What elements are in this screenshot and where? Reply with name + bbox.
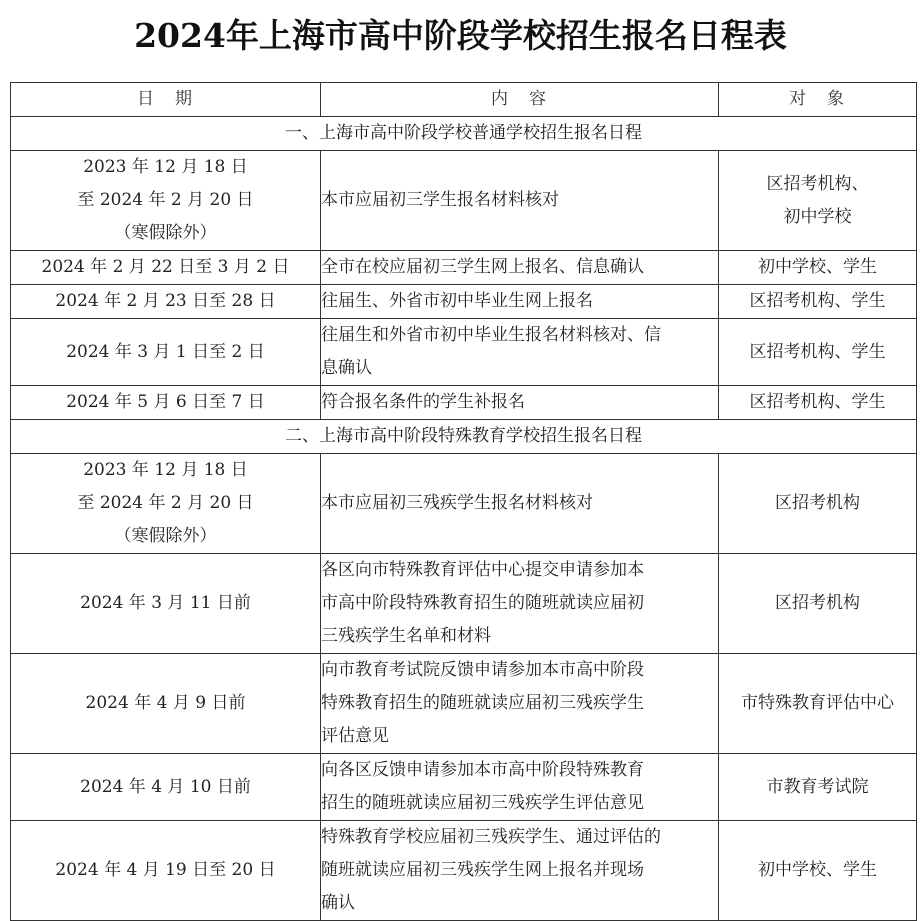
content-line: 确认 <box>321 887 718 920</box>
content-cell: 向各区反馈申请参加本市高中阶段特殊教育 招生的随班就读应届初三残疾学生评估意见 <box>321 754 719 821</box>
table-header-row: 日 期 内 容 对 象 <box>11 83 917 117</box>
date-cell: 2024 年 3 月 11 日前 <box>11 554 321 654</box>
date-line: 2024 年 2 月 23 日至 28 日 <box>11 285 320 318</box>
content-cell: 向市教育考试院反馈申请参加本市高中阶段 特殊教育招生的随班就读应届初三残疾学生 … <box>321 654 719 754</box>
table-row: 2024 年 3 月 11 日前 各区向市特殊教育评估中心提交申请参加本 市高中… <box>11 554 917 654</box>
document-title: 2024年上海市高中阶段学校招生报名日程表 <box>0 14 921 58</box>
date-line: 2023 年 12 月 18 日 <box>11 454 320 487</box>
target-cell: 区招考机构、学生 <box>719 386 917 420</box>
date-line: 2024 年 4 月 19 日至 20 日 <box>11 854 320 887</box>
target-line: 市特殊教育评估中心 <box>719 687 916 720</box>
content-line: 往届生和外省市初中毕业生报名材料核对、信 <box>321 319 718 352</box>
target-line: 区招考机构、 <box>719 168 916 201</box>
table-row: 2023 年 12 月 18 日 至 2024 年 2 月 20 日 （寒假除外… <box>11 151 917 251</box>
content-cell: 往届生、外省市初中毕业生网上报名 <box>321 285 719 319</box>
content-cell: 各区向市特殊教育评估中心提交申请参加本 市高中阶段特殊教育招生的随班就读应届初 … <box>321 554 719 654</box>
target-cell: 市教育考试院 <box>719 754 917 821</box>
date-line: 2024 年 5 月 6 日至 7 日 <box>11 386 320 419</box>
date-line: 2024 年 3 月 11 日前 <box>11 587 320 620</box>
content-cell: 特殊教育学校应届初三残疾学生、通过评估的 随班就读应届初三残疾学生网上报名并现场… <box>321 821 719 921</box>
date-line: （寒假除外） <box>11 520 320 553</box>
target-cell: 区招考机构、学生 <box>719 319 917 386</box>
content-line: 符合报名条件的学生补报名 <box>321 386 718 419</box>
date-cell: 2024 年 4 月 10 日前 <box>11 754 321 821</box>
date-cell: 2024 年 5 月 6 日至 7 日 <box>11 386 321 420</box>
content-cell: 本市应届初三学生报名材料核对 <box>321 151 719 251</box>
content-line: 评估意见 <box>321 720 718 753</box>
date-line: 至 2024 年 2 月 20 日 <box>11 487 320 520</box>
target-line: 市教育考试院 <box>719 771 916 804</box>
target-line: 区招考机构、学生 <box>719 285 916 318</box>
target-cell: 区招考机构 <box>719 454 917 554</box>
content-line: 向市教育考试院反馈申请参加本市高中阶段 <box>321 654 718 687</box>
content-line: 向各区反馈申请参加本市高中阶段特殊教育 <box>321 754 718 787</box>
date-line: 2024 年 4 月 9 日前 <box>11 687 320 720</box>
content-line: 特殊教育学校应届初三残疾学生、通过评估的 <box>321 821 718 854</box>
header-target: 对 象 <box>719 83 917 117</box>
section-title: 一、上海市高中阶段学校普通学校招生报名日程 <box>11 117 917 151</box>
content-line: 三残疾学生名单和材料 <box>321 620 718 653</box>
date-cell: 2024 年 2 月 22 日至 3 月 2 日 <box>11 251 321 285</box>
content-line: 特殊教育招生的随班就读应届初三残疾学生 <box>321 687 718 720</box>
enrollment-schedule-table: 日 期 内 容 对 象 一、上海市高中阶段学校普通学校招生报名日程 2023 年… <box>10 82 917 921</box>
date-cell: 2023 年 12 月 18 日 至 2024 年 2 月 20 日 （寒假除外… <box>11 151 321 251</box>
content-line: 各区向市特殊教育评估中心提交申请参加本 <box>321 554 718 587</box>
table-row: 2024 年 3 月 1 日至 2 日 往届生和外省市初中毕业生报名材料核对、信… <box>11 319 917 386</box>
target-line: 区招考机构 <box>719 487 916 520</box>
target-cell: 初中学校、学生 <box>719 821 917 921</box>
content-cell: 全市在校应届初三学生网上报名、信息确认 <box>321 251 719 285</box>
target-cell: 区招考机构、 初中学校 <box>719 151 917 251</box>
content-line: 市高中阶段特殊教育招生的随班就读应届初 <box>321 587 718 620</box>
target-line: 区招考机构、学生 <box>719 336 916 369</box>
date-cell: 2024 年 2 月 23 日至 28 日 <box>11 285 321 319</box>
content-line: 随班就读应届初三残疾学生网上报名并现场 <box>321 854 718 887</box>
section-heading-row: 一、上海市高中阶段学校普通学校招生报名日程 <box>11 117 917 151</box>
target-cell: 区招考机构、学生 <box>719 285 917 319</box>
content-cell: 符合报名条件的学生补报名 <box>321 386 719 420</box>
target-line: 初中学校 <box>719 201 916 234</box>
table-row: 2024 年 2 月 23 日至 28 日 往届生、外省市初中毕业生网上报名 区… <box>11 285 917 319</box>
table-row: 2024 年 4 月 10 日前 向各区反馈申请参加本市高中阶段特殊教育 招生的… <box>11 754 917 821</box>
target-line: 区招考机构 <box>719 587 916 620</box>
content-cell: 往届生和外省市初中毕业生报名材料核对、信 息确认 <box>321 319 719 386</box>
section-heading-row: 二、上海市高中阶段特殊教育学校招生报名日程 <box>11 420 917 454</box>
table-row: 2024 年 5 月 6 日至 7 日 符合报名条件的学生补报名 区招考机构、学… <box>11 386 917 420</box>
content-line: 往届生、外省市初中毕业生网上报名 <box>321 285 718 318</box>
date-line: 2024 年 4 月 10 日前 <box>11 771 320 804</box>
content-line: 全市在校应届初三学生网上报名、信息确认 <box>321 251 718 284</box>
table-row: 2023 年 12 月 18 日 至 2024 年 2 月 20 日 （寒假除外… <box>11 454 917 554</box>
date-line: 至 2024 年 2 月 20 日 <box>11 184 320 217</box>
content-line: 本市应届初三残疾学生报名材料核对 <box>321 487 718 520</box>
date-line: 2023 年 12 月 18 日 <box>11 151 320 184</box>
date-cell: 2024 年 3 月 1 日至 2 日 <box>11 319 321 386</box>
date-line: （寒假除外） <box>11 217 320 250</box>
content-line: 招生的随班就读应届初三残疾学生评估意见 <box>321 787 718 820</box>
header-content: 内 容 <box>321 83 719 117</box>
target-cell: 区招考机构 <box>719 554 917 654</box>
content-line: 息确认 <box>321 352 718 385</box>
date-cell: 2023 年 12 月 18 日 至 2024 年 2 月 20 日 （寒假除外… <box>11 454 321 554</box>
target-line: 初中学校、学生 <box>719 854 916 887</box>
table-row: 2024 年 4 月 9 日前 向市教育考试院反馈申请参加本市高中阶段 特殊教育… <box>11 654 917 754</box>
content-line: 本市应届初三学生报名材料核对 <box>321 184 718 217</box>
date-cell: 2024 年 4 月 19 日至 20 日 <box>11 821 321 921</box>
target-cell: 市特殊教育评估中心 <box>719 654 917 754</box>
target-line: 区招考机构、学生 <box>719 386 916 419</box>
target-cell: 初中学校、学生 <box>719 251 917 285</box>
table-row: 2024 年 4 月 19 日至 20 日 特殊教育学校应届初三残疾学生、通过评… <box>11 821 917 921</box>
content-cell: 本市应届初三残疾学生报名材料核对 <box>321 454 719 554</box>
target-line: 初中学校、学生 <box>719 251 916 284</box>
table-row: 2024 年 2 月 22 日至 3 月 2 日 全市在校应届初三学生网上报名、… <box>11 251 917 285</box>
date-line: 2024 年 2 月 22 日至 3 月 2 日 <box>11 251 320 284</box>
section-title: 二、上海市高中阶段特殊教育学校招生报名日程 <box>11 420 917 454</box>
header-date: 日 期 <box>11 83 321 117</box>
date-cell: 2024 年 4 月 9 日前 <box>11 654 321 754</box>
date-line: 2024 年 3 月 1 日至 2 日 <box>11 336 320 369</box>
